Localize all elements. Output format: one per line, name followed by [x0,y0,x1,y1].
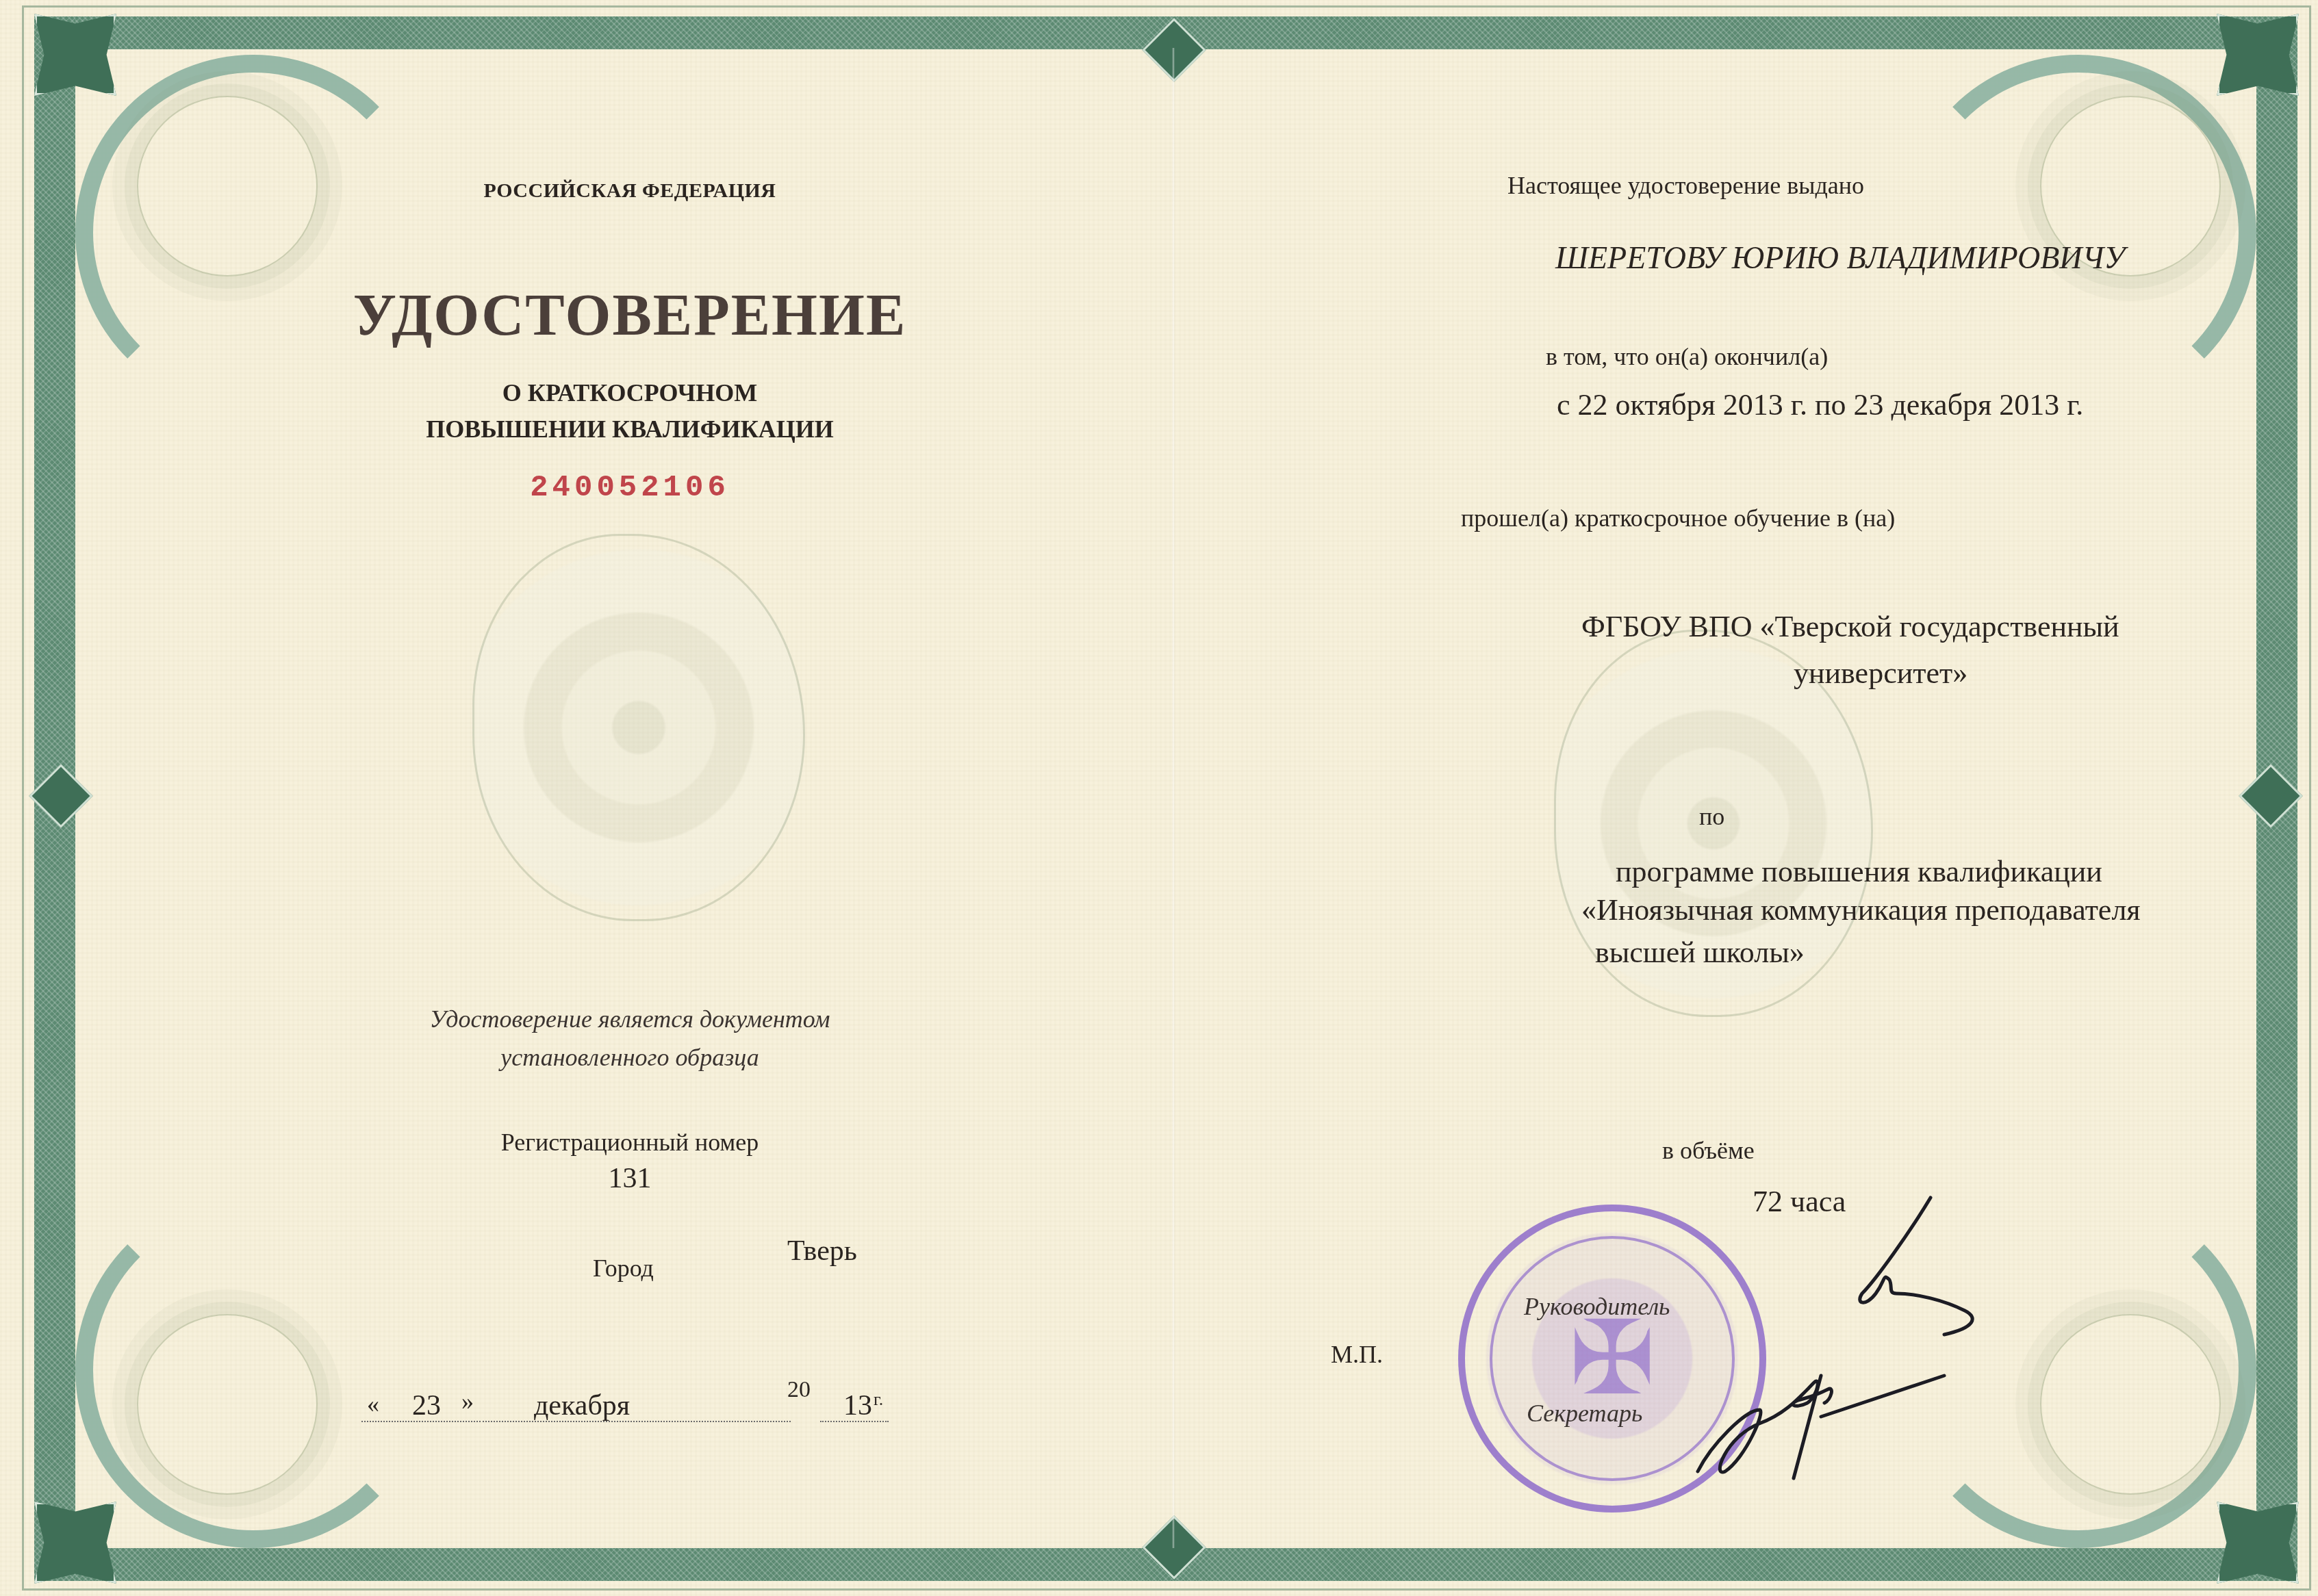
secretary-signature-icon [1684,1335,1972,1492]
program-line-1: программе повышения квалификации [1616,854,2102,889]
study-period: с 22 октября 2013 г. по 23 декабря 2013 … [1557,387,2083,422]
guilloche-pattern [137,1314,318,1495]
by-label: по [1699,802,1724,831]
head-signature-icon [1807,1191,2026,1348]
serial-number: 240052106 [530,471,730,505]
corner-ornament-icon [2217,14,2299,96]
month-underline [479,1421,791,1422]
date-month: декабря [534,1389,630,1422]
date-century: 20 [787,1377,811,1403]
issued-to-label: Настоящее удостоверение выдано [1507,171,1864,200]
seal-place-label: М.П. [1331,1340,1383,1369]
date-year-abbrev: г. [874,1389,883,1410]
guilloche-pattern [137,96,318,276]
subtitle-line-2: ПОВЫШЕНИИ КВАЛИФИКАЦИИ [426,415,834,443]
program-line-2: «Иноязычная коммуникация преподавателя [1581,892,2141,927]
subtitle-line-1: О КРАТКОСРОЧНОМ [502,378,757,407]
date-day: 23 [412,1389,441,1422]
secretary-label: Секретарь [1527,1399,1642,1428]
date-year: 13 [843,1389,872,1422]
corner-ornament-icon [2217,1502,2299,1584]
page-fold [1172,48,1175,1548]
volume-label: в объёме [1662,1136,1755,1165]
training-label: прошел(а) краткосрочное обучение в (на) [1461,504,1895,532]
guilloche-pattern [2040,1314,2221,1495]
date-open-quote: « [367,1389,379,1418]
recipient-name: ШЕРЕТОВУ ЮРИЮ ВЛАДИМИРОВИЧУ [1555,240,2125,276]
validity-note-line-1: Удостоверение является документом [430,1005,830,1033]
registration-label: Регистрационный номер [501,1128,759,1157]
institution-line-1: ФГБОУ ВПО «Тверской государственный [1581,609,2119,644]
country-heading: РОССИЙСКАЯ ФЕДЕРАЦИЯ [483,179,776,203]
institution-line-2: университет» [1794,656,1967,691]
head-label: Руководитель [1524,1292,1670,1321]
registration-number: 131 [609,1162,652,1195]
date-close-quote: » [461,1387,474,1415]
document-title: УДОСТОВЕРЕНИЕ [353,281,907,349]
corner-ornament-icon [34,14,116,96]
validity-note-line-2: установленного образца [500,1043,759,1072]
city-value: Тверь [787,1235,857,1267]
corner-ornament-icon [34,1502,116,1584]
certificate-spread: РОССИЙСКАЯ ФЕДЕРАЦИЯ УДОСТОВЕРЕНИЕ О КРА… [0,0,2318,1596]
completed-label: в том, что он(а) окончил(а) [1546,342,1828,371]
program-line-3: высшей школы» [1595,935,1805,970]
city-label: Город [593,1254,654,1283]
